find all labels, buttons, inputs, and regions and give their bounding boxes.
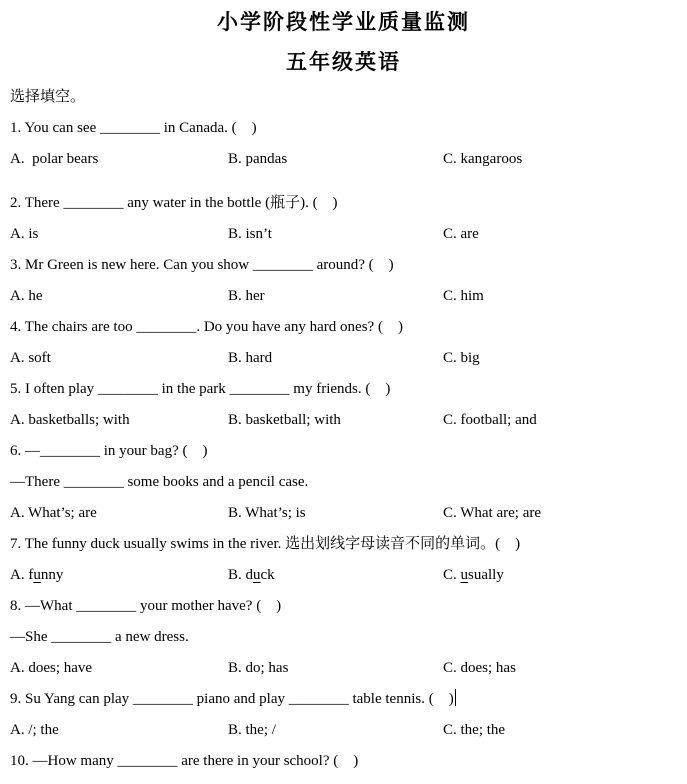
option-a: A. is (10, 219, 228, 250)
option-b: B. do; has (228, 653, 443, 684)
option-b: B. duck (228, 560, 443, 591)
options-row: A. is B. isn’t C. are (10, 219, 687, 250)
option-c: C. does; has (443, 653, 687, 684)
underlined-letter: u (33, 567, 41, 583)
options-row: A. /; the B. the; / C. the; the (10, 715, 687, 746)
question-text: 2. There ________ any water in the bottl… (10, 188, 687, 219)
options-row: A. What’s; are B. What’s; is C. What are… (10, 498, 687, 529)
question-text: 9. Su Yang can play ________ piano and p… (10, 684, 687, 715)
option-b: B. her (228, 281, 443, 312)
question-text: 1. You can see ________ in Canada. ( ) (10, 113, 687, 144)
question-text: 4. The chairs are too ________. Do you h… (10, 312, 687, 343)
question-10: 10. —How many ________ are there in your… (10, 746, 687, 777)
option-b: B. hard (228, 343, 443, 374)
option-a: A. he (10, 281, 228, 312)
option-b: B. What’s; is (228, 498, 443, 529)
options-row: A. funny B. duck C. usually (10, 560, 687, 591)
option-c: C. football; and (443, 405, 687, 436)
question-text: —There ________ some books and a pencil … (10, 467, 687, 498)
option-a: A. /; the (10, 715, 228, 746)
option-text-pre: A. f (10, 567, 33, 583)
doc-subtitle: 五年级英语 (10, 48, 677, 76)
underlined-letter: u (461, 567, 469, 583)
option-b: B. basketball; with (228, 405, 443, 436)
option-c: C. What are; are (443, 498, 687, 529)
question-4: 4. The chairs are too ________. Do you h… (10, 312, 687, 374)
option-text-post: nny (41, 567, 64, 583)
option-b: B. the; / (228, 715, 443, 746)
option-text-post: sually (468, 567, 504, 583)
option-a: A. soft (10, 343, 228, 374)
question-9: 9. Su Yang can play ________ piano and p… (10, 684, 687, 746)
option-c: C. big (443, 343, 687, 374)
option-c: C. the; the (443, 715, 687, 746)
question-text: 8. —What ________ your mother have? ( ) (10, 591, 687, 622)
question-8: 8. —What ________ your mother have? ( ) … (10, 591, 687, 684)
question-text: 3. Mr Green is new here. Can you show __… (10, 250, 687, 281)
question-text: 10. —How many ________ are there in your… (10, 746, 687, 777)
text-caret (455, 689, 457, 706)
options-row: A. basketballs; with B. basketball; with… (10, 405, 687, 436)
option-c: C. are (443, 219, 687, 250)
option-c: C. usually (443, 560, 687, 591)
question-7: 7. The funny duck usually swims in the r… (10, 529, 687, 591)
option-text-post: ck (261, 567, 275, 583)
option-c: C. kangaroos (443, 144, 687, 175)
options-row: A. does; have B. do; has C. does; has (10, 653, 687, 684)
option-a: A. What’s; are (10, 498, 228, 529)
option-text-pre: B. d (228, 567, 253, 583)
question-5: 5. I often play ________ in the park ___… (10, 374, 687, 436)
question-2: 2. There ________ any water in the bottl… (10, 188, 687, 250)
question-text: 6. —________ in your bag? ( ) (10, 436, 687, 467)
question-1: 1. You can see ________ in Canada. ( ) A… (10, 113, 687, 175)
option-a: A. does; have (10, 653, 228, 684)
option-a: A. funny (10, 560, 228, 591)
option-b: B. isn’t (228, 219, 443, 250)
option-a: A. polar bears (10, 144, 228, 175)
doc-title: 小学阶段性学业质量监测 (10, 8, 677, 36)
question-text: —She ________ a new dress. (10, 622, 687, 653)
document-page[interactable]: 小学阶段性学业质量监测 五年级英语 选择填空。 1. You can see _… (0, 0, 687, 784)
options-row: A. polar bears B. pandas C. kangaroos (10, 144, 687, 175)
option-c: C. him (443, 281, 687, 312)
options-row: A. soft B. hard C. big (10, 343, 687, 374)
options-row: A. he B. her C. him (10, 281, 687, 312)
section-heading: 选择填空。 (10, 82, 687, 113)
question-text: 5. I often play ________ in the park ___… (10, 374, 687, 405)
question-6: 6. —________ in your bag? ( ) —There ___… (10, 436, 687, 529)
option-b: B. pandas (228, 144, 443, 175)
underlined-letter: u (253, 567, 261, 583)
question-3: 3. Mr Green is new here. Can you show __… (10, 250, 687, 312)
option-text-pre: C. (443, 567, 461, 583)
question-text-span: 9. Su Yang can play ________ piano and p… (10, 691, 454, 707)
option-a: A. basketballs; with (10, 405, 228, 436)
question-text: 7. The funny duck usually swims in the r… (10, 529, 687, 560)
